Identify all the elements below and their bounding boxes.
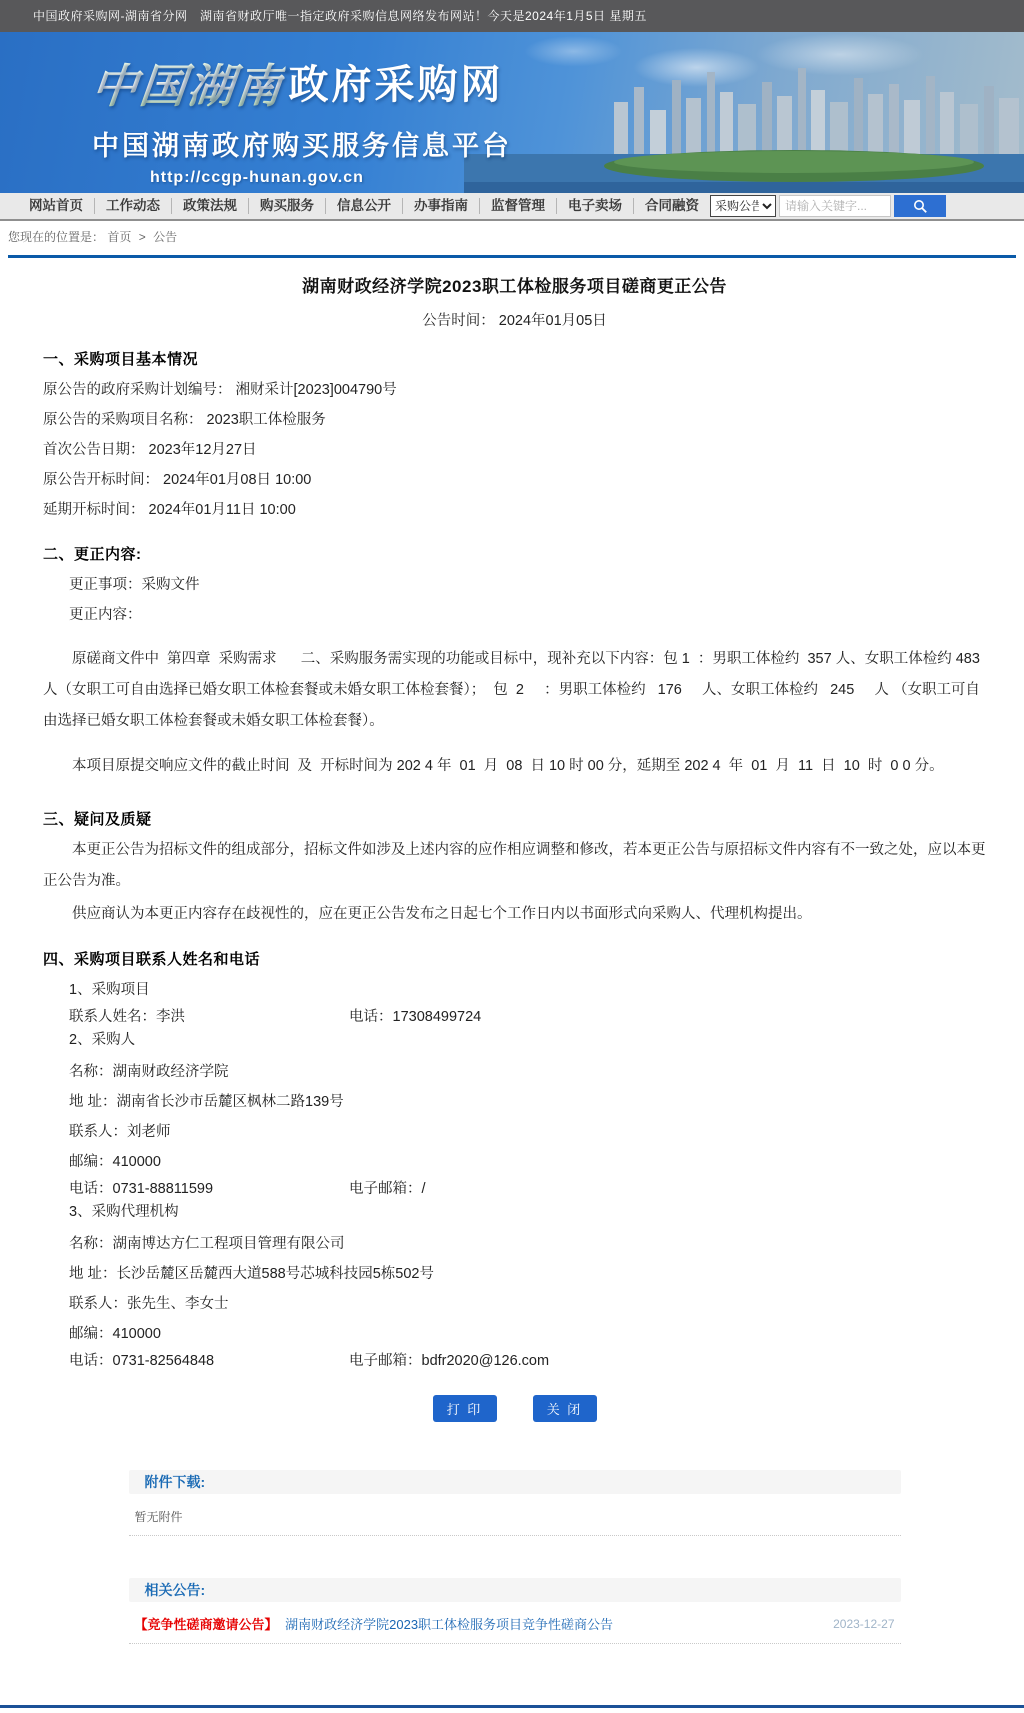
sub-heading-agency: 3、采购代理机构 <box>43 1201 986 1223</box>
banner-text-block: 中国湖南 政府采购网 中国湖南政府购买服务信息平台 http://ccgp-hu… <box>0 32 1024 187</box>
page-title: 湖南财政经济学院2023职工体检服务项目磋商更正公告 <box>43 272 986 297</box>
related-announcement-tag: 【竞争性磋商邀请公告】 <box>135 1617 278 1632</box>
agency-phone-row: 电话：0731-82564848 电子邮箱：bdfr2020@126.com <box>43 1349 986 1373</box>
purchaser-name: 名称：湖南财政经济学院 <box>43 1057 986 1087</box>
nav-item-supervision[interactable]: 监督管理 <box>479 198 556 214</box>
project-contact-name: 联系人姓名：李洪 <box>69 1005 349 1029</box>
publish-time-value: 2024年01月05日 <box>499 313 607 329</box>
project-contact-phone: 电话：17308499724 <box>349 1005 481 1029</box>
query-paragraph-2: 供应商认为本更正内容存在歧视性的，应在更正公告发布之日起七个工作日内以书面形式向… <box>43 899 986 930</box>
breadcrumb: 您现在的位置是： 首页 > 公告 <box>0 221 1024 253</box>
sub-heading-project: 1、采购项目 <box>43 975 986 1005</box>
related-announcement-link[interactable]: 【竞争性磋商邀请公告】 湖南财政经济学院2023职工体检服务项目竞争性磋商公告 <box>135 1614 614 1633</box>
nav-item-purchase-service[interactable]: 购买服务 <box>248 198 325 214</box>
breadcrumb-home-link[interactable]: 首页 <box>107 230 131 244</box>
query-paragraph-1: 本更正公告为招标文件的组成部分，招标文件如涉及上述内容的应作相应调整和修改，若本… <box>43 835 986 897</box>
correction-detail-paragraph: 原磋商文件中 第四章 采购需求 二、采购服务需实现的功能或目标中，现补充以下内容… <box>43 644 986 737</box>
attachments-divider <box>129 1535 901 1536</box>
delayed-bid-time-line: 延期开标时间： 2024年01月11日 10:00 <box>43 495 986 525</box>
publish-time-label: 公告时间： <box>422 313 495 329</box>
topbar: 中国政府采购网-湖南省分网 湖南省财政厅唯一指定政府采购信息网络发布网站！今天是… <box>0 0 1024 32</box>
purchaser-email: 电子邮箱：/ <box>349 1177 426 1201</box>
attachments-header: 附件下载: <box>129 1470 901 1494</box>
plan-number-line: 原公告的政府采购计划编号： 湘财采计[2023]004790号 <box>43 375 986 405</box>
attachments-empty-text: 暂无附件 <box>135 1508 901 1525</box>
search-category-select[interactable]: 采购公告 <box>710 195 776 217</box>
related-announcement-date: 2023-12-27 <box>833 1617 894 1631</box>
breadcrumb-current: 公告 <box>153 230 177 244</box>
close-button[interactable]: 关 闭 <box>533 1395 597 1422</box>
nav-item-info-disclosure[interactable]: 信息公开 <box>325 198 402 214</box>
original-bid-time-line: 原公告开标时间： 2024年01月08日 10:00 <box>43 465 986 495</box>
related-announcements-section: 相关公告: 【竞争性磋商邀请公告】 湖南财政经济学院2023职工体检服务项目竞争… <box>129 1578 901 1644</box>
section3-heading: 三、疑问及质疑 <box>43 808 986 829</box>
breadcrumb-prefix: 您现在的位置是： <box>8 230 104 244</box>
banner-subtitle: 中国湖南政府购买服务信息平台 <box>92 124 1024 163</box>
search-input[interactable] <box>779 195 891 217</box>
announcement-content: 湖南财政经济学院2023职工体检服务项目磋商更正公告 公告时间： 2024年01… <box>8 255 1016 1644</box>
nav-item-home[interactable]: 网站首页 <box>18 198 94 214</box>
page: 中国政府采购网-湖南省分网 湖南省财政厅唯一指定政府采购信息网络发布网站！今天是… <box>0 0 1024 1713</box>
first-announce-date-line: 首次公告日期： 2023年12月27日 <box>43 435 986 465</box>
nav-item-guide[interactable]: 办事指南 <box>402 198 479 214</box>
publish-time: 公告时间： 2024年01月05日 <box>43 309 986 330</box>
agency-zip: 邮编：410000 <box>43 1319 986 1349</box>
deadline-change-paragraph: 本项目原提交响应文件的截止时间 及 开标时间为 202 4 年 01 月 08 … <box>43 751 986 782</box>
search-button[interactable] <box>894 195 946 217</box>
section4-heading: 四、采购项目联系人姓名和电话 <box>43 948 986 969</box>
search-area: 采购公告 <box>710 195 946 217</box>
related-announcement-row: 【竞争性磋商邀请公告】 湖南财政经济学院2023职工体检服务项目竞争性磋商公告 … <box>135 1614 895 1633</box>
agency-phone: 电话：0731-82564848 <box>69 1349 349 1373</box>
project-name-line: 原公告的采购项目名称： 2023职工体检服务 <box>43 405 986 435</box>
section1-heading: 一、采购项目基本情况 <box>43 348 986 369</box>
print-button[interactable]: 打 印 <box>433 1395 497 1422</box>
attachments-section: 附件下载: 暂无附件 <box>129 1470 901 1536</box>
agency-contact: 联系人：张先生、李女士 <box>43 1289 986 1319</box>
breadcrumb-separator: > <box>139 230 146 244</box>
related-announcement-title: 湖南财政经济学院2023职工体检服务项目竞争性磋商公告 <box>285 1617 613 1632</box>
project-contact-row: 联系人姓名：李洪 电话：17308499724 <box>43 1005 986 1029</box>
sub-heading-purchaser: 2、采购人 <box>43 1029 986 1051</box>
purchaser-phone: 电话：0731-88811599 <box>69 1177 349 1201</box>
nav-item-emall[interactable]: 电子卖场 <box>556 198 633 214</box>
purchaser-phone-row: 电话：0731-88811599 电子邮箱：/ <box>43 1177 986 1201</box>
purchaser-contact: 联系人：刘老师 <box>43 1117 986 1147</box>
agency-address: 地 址：长沙岳麓区岳麓西大道588号芯城科技园5栋502号 <box>43 1259 986 1289</box>
section2-heading: 二、更正内容: <box>43 543 986 564</box>
site-logo-script: 中国湖南 <box>89 50 288 116</box>
site-banner: 中国湖南 政府采购网 中国湖南政府购买服务信息平台 http://ccgp-hu… <box>0 32 1024 193</box>
agency-name: 名称：湖南博达方仁工程项目管理有限公司 <box>43 1229 986 1259</box>
purchaser-zip: 邮编：410000 <box>43 1147 986 1177</box>
nav-menu: 网站首页 工作动态 政策法规 购买服务 信息公开 办事指南 监督管理 电子卖场 … <box>0 198 710 214</box>
topbar-text: 中国政府采购网-湖南省分网 湖南省财政厅唯一指定政府采购信息网络发布网站！今天是… <box>33 9 647 23</box>
related-divider <box>129 1643 901 1644</box>
agency-email: 电子邮箱：bdfr2020@126.com <box>349 1349 549 1373</box>
banner-url: http://ccgp-hunan.gov.cn <box>150 169 1024 187</box>
nav-item-policy[interactable]: 政策法规 <box>171 198 248 214</box>
correction-item-line: 更正事项：采购文件 <box>43 570 986 600</box>
action-buttons: 打 印 关 闭 <box>43 1395 986 1422</box>
correction-content-line: 更正内容： <box>43 600 986 630</box>
footer-divider <box>0 1705 1024 1713</box>
main-nav: 网站首页 工作动态 政策法规 购买服务 信息公开 办事指南 监督管理 电子卖场 … <box>0 193 1024 221</box>
nav-item-contract-finance[interactable]: 合同融资 <box>633 198 710 214</box>
related-header: 相关公告: <box>129 1578 901 1602</box>
purchaser-address: 地 址：湖南省长沙市岳麓区枫林二路139号 <box>43 1087 986 1117</box>
nav-item-work-news[interactable]: 工作动态 <box>94 198 171 214</box>
search-icon <box>913 199 928 214</box>
site-logo-text: 政府采购网 <box>288 63 503 107</box>
